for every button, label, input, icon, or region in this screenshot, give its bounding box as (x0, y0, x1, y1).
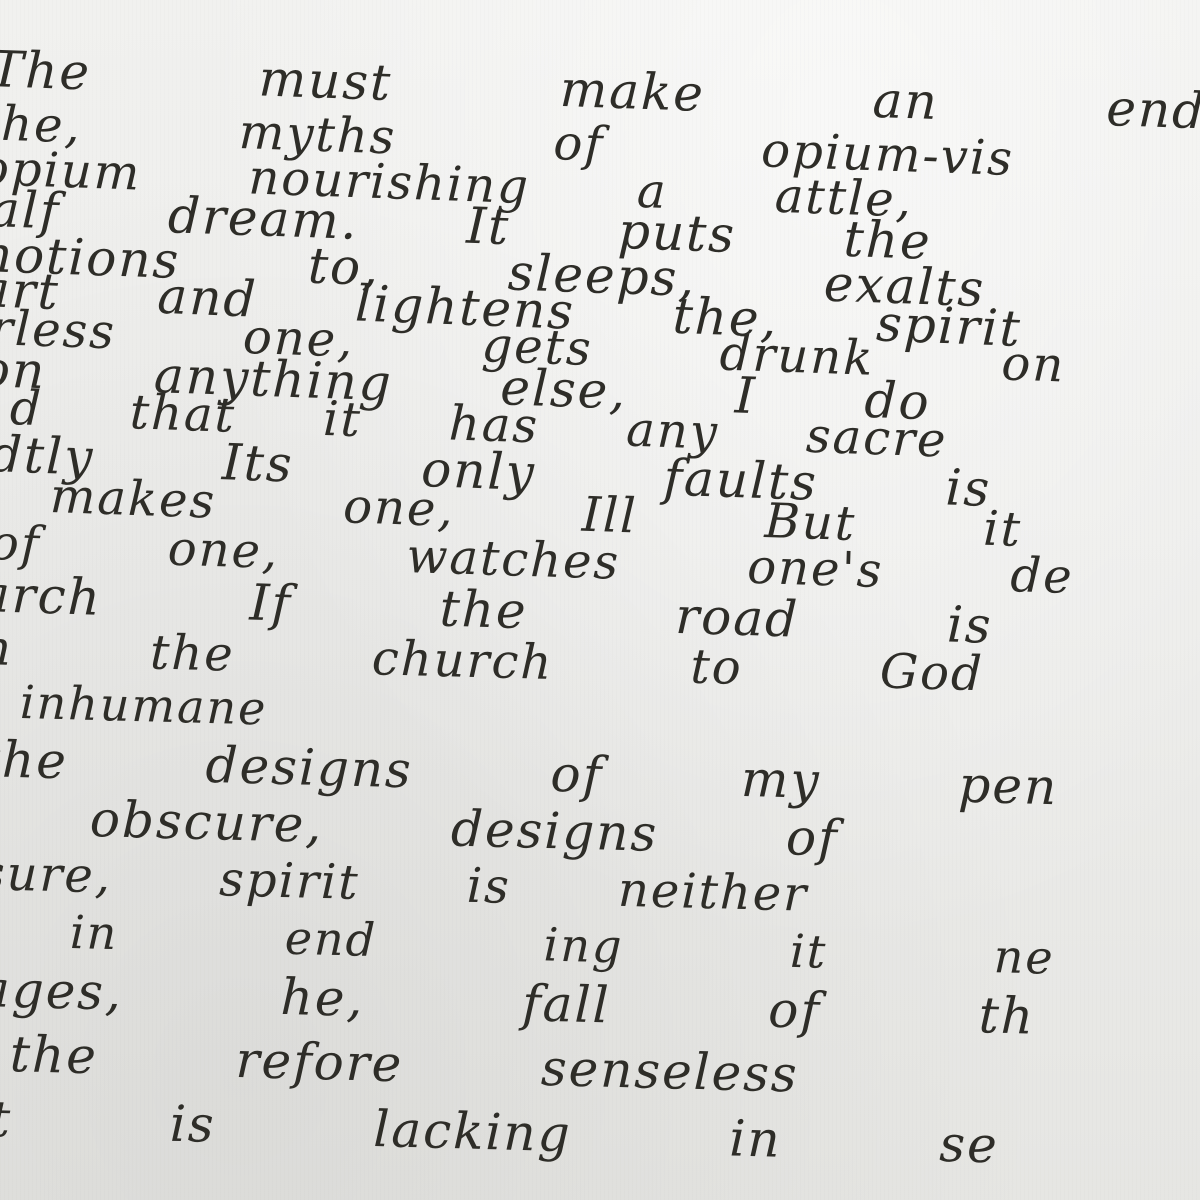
handwritten-line: inhumane (19, 675, 268, 735)
handwritten-page: The must make an end the, myths of opium… (0, 0, 1200, 1200)
handwritten-line: t is lacking in se (0, 1090, 999, 1174)
handwritten-line: the refore senseless (9, 1025, 799, 1104)
